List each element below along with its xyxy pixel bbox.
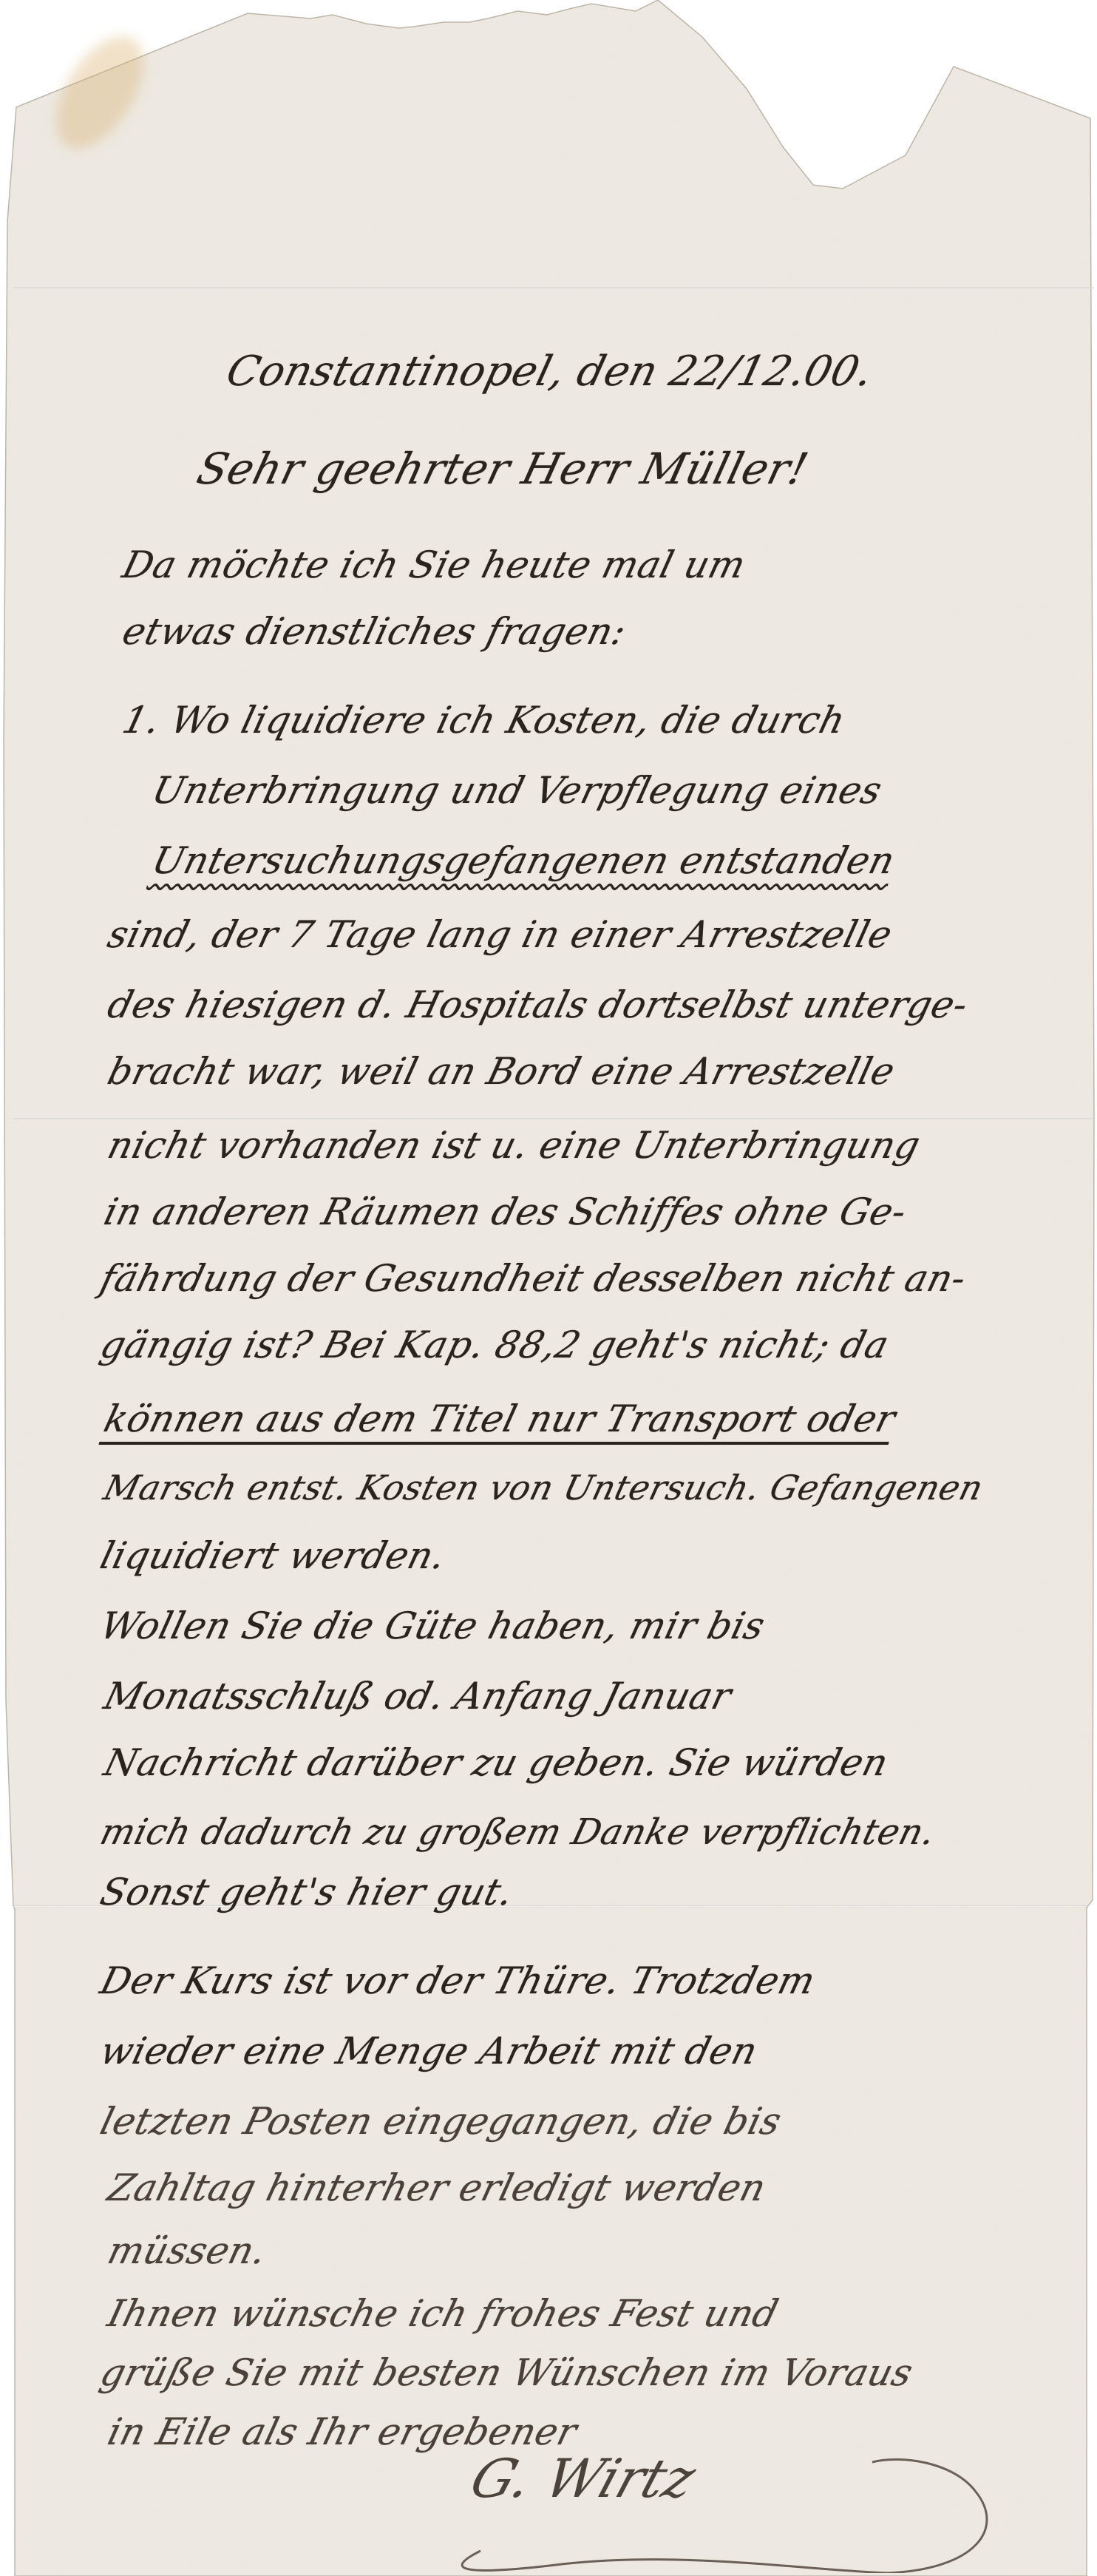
body-line: fährdung der Gesundheit desselben nicht … [96, 1257, 971, 1300]
body-line: Zahltag hinterher erledigt werden [103, 2166, 770, 2209]
body-line: des hiesigen d. Hospitals dortselbst unt… [103, 983, 972, 1026]
body-line: Unterbringung und Verpflegung eines [148, 769, 886, 812]
body-line: Der Kurs ist vor der Thüre. Trotzdem [96, 1959, 820, 2002]
body-line: Monatsschluß od. Anfang Januar [100, 1675, 736, 1718]
body-line: letzten Posten eingegangen, die bis [96, 2100, 786, 2143]
body-line-underlined: können aus dem Titel nur Transport oder [100, 1397, 900, 1440]
signature-name: G. Wirtz [463, 2447, 703, 2509]
body-line: Da möchte ich Sie heute mal um [118, 543, 750, 586]
body-line: Wollen Sie die Güte haben, mir bis [96, 1604, 770, 1647]
signature: G. Wirtz [414, 2440, 991, 2573]
body-line: Nachricht darüber zu geben. Sie würden [100, 1741, 893, 1784]
body-line: nicht vorhanden ist u. eine Unterbringun… [103, 1124, 925, 1167]
body-line: in anderen Räumen des Schiffes ohne Ge- [100, 1190, 911, 1233]
body-line: wieder eine Menge Arbeit mit den [96, 2030, 762, 2072]
body-line: sind, der 7 Tage lang in einer Arrestzel… [103, 913, 897, 956]
body-line-underlined: Untersuchungsgefangenen entstanden [148, 839, 900, 882]
place-date-line: Constantinopel, den 22/12.00. [222, 348, 878, 396]
salutation: Sehr geehrter Herr Müller! [192, 444, 813, 494]
body-line: liquidiert werden. [96, 1534, 450, 1577]
body-line: Marsch entst. Kosten von Untersuch. Gefa… [100, 1468, 988, 1508]
body-line: müssen. [103, 2229, 271, 2272]
body-line: bracht war, weil an Bord eine Arrestzell… [103, 1050, 900, 1093]
body-line: etwas dienstliches fragen: [118, 610, 631, 653]
letter-content: Constantinopel, den 22/12.00. Sehr geehr… [0, 0, 1097, 2576]
body-line: Ihnen wünsche ich frohes Fest und [103, 2292, 783, 2335]
body-line: 1. Wo liquidiere ich Kosten, die durch [118, 699, 850, 742]
body-line: gängig ist? Bei Kap. 88,2 geht's nicht; … [96, 1323, 893, 1366]
body-line: grüße Sie mit besten Wünschen im Voraus [96, 2351, 917, 2394]
body-line: mich dadurch zu großem Danke verpflichte… [96, 1811, 940, 1853]
body-line: Sonst geht's hier gut. [96, 1871, 518, 1914]
